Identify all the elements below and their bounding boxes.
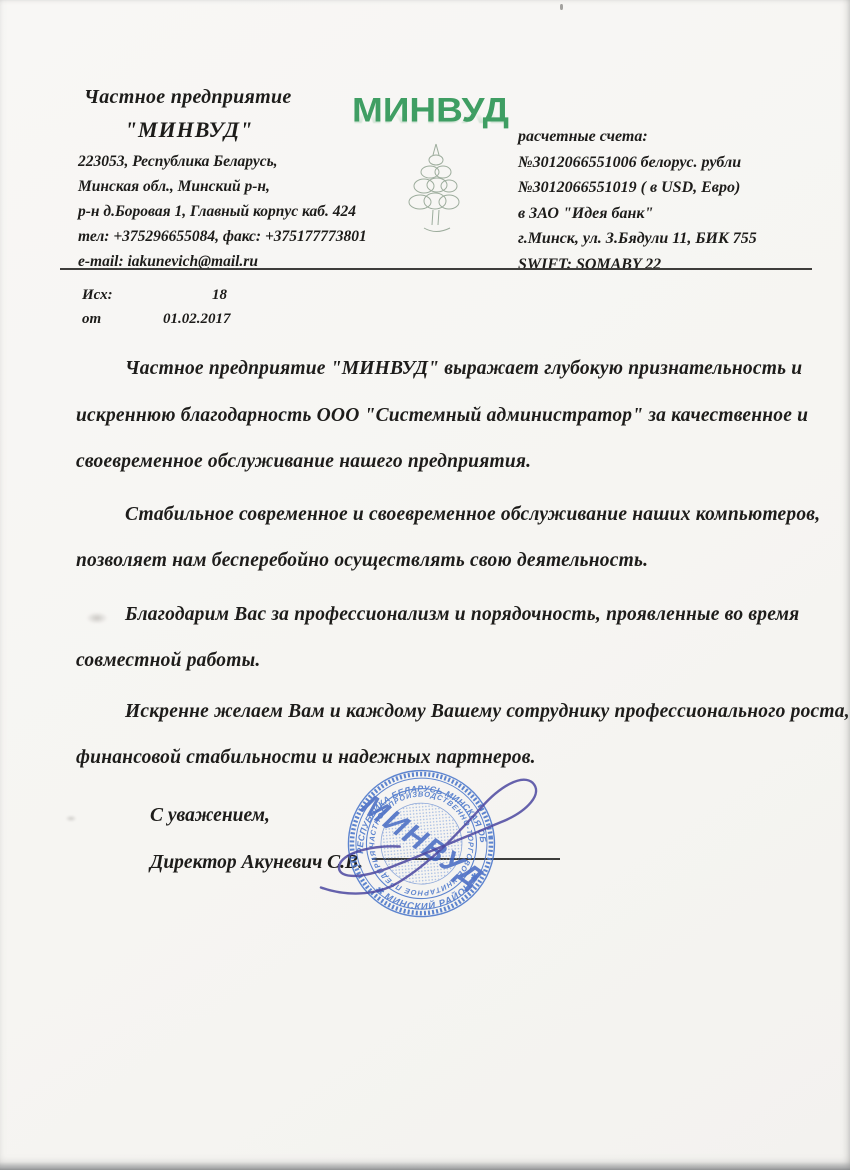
- letterhead-divider-line: [60, 268, 812, 270]
- company-logo: МИНВУД МИНВУД: [352, 95, 522, 144]
- paragraph: Благодарим Вас за профессионализм и поря…: [76, 592, 850, 685]
- spruce-tree-icon: [404, 141, 468, 243]
- address-line-phone-fax: тел: +375296655084, факс: +375177773801: [78, 224, 367, 249]
- outgoing-number: 18: [212, 287, 227, 303]
- letter-line: совместной работы.: [76, 638, 850, 685]
- company-type: Частное предприятие: [84, 86, 292, 109]
- address-line: Минская обл., Минский р-н,: [78, 174, 367, 199]
- logo-wordmark-reflection: МИНВУД: [352, 111, 522, 126]
- scan-speck: [560, 4, 563, 10]
- date-value: 01.02.2017: [163, 311, 231, 327]
- address-line-email: e-mail: iakunevich@mail.ru: [78, 249, 367, 274]
- company-address-block: 223053, Республика Беларусь, Минская обл…: [78, 149, 367, 274]
- paragraph: Частное предприятие "МИНВУД" выражает гл…: [76, 346, 850, 486]
- bank-details-block: расчетные счета: №3012066551006 белорус.…: [518, 124, 757, 278]
- letter-line: Стабильное современное и своевременное о…: [76, 492, 850, 539]
- letter-line: Благодарим Вас за профессионализм и поря…: [76, 592, 850, 639]
- letter-line: позволяет нам бесперебойно осуществлять …: [76, 538, 850, 585]
- letter-line: своевременное обслуживание нашего предпр…: [76, 439, 850, 486]
- bank-address-bik: г.Минск, ул. З.Бядули 11, БИК 755: [518, 226, 757, 252]
- letter-line: Искренне желаем Вам и каждому Вашему сот…: [76, 689, 850, 736]
- bank-swift: SWIFT: SOMABY 22: [518, 252, 757, 278]
- scanned-letter-page: Частное предприятие "МИНВУД" 223053, Рес…: [0, 0, 850, 1170]
- outgoing-label: Исх:: [82, 283, 212, 307]
- address-line: р-н д.Боровая 1, Главный корпус каб. 424: [78, 199, 367, 224]
- reference-block: Исх:18 от01.02.2017: [82, 283, 231, 331]
- bank-account-usd-eur: №3012066551019 ( в USD, Евро): [518, 175, 757, 201]
- scan-smudge: [63, 814, 79, 823]
- bank-account-byn: №3012066551006 белорус. рубли: [518, 150, 757, 176]
- letter-line: искреннюю благодарность ООО "Системный а…: [76, 393, 850, 440]
- scan-smudge: [82, 610, 112, 626]
- letter-body: Частное предприятие "МИНВУД" выражает гл…: [76, 346, 850, 782]
- address-line: 223053, Республика Беларусь,: [78, 149, 367, 174]
- date-label: от: [82, 307, 163, 331]
- company-name: "МИНВУД": [84, 117, 294, 143]
- paragraph: Стабильное современное и своевременное о…: [76, 492, 850, 585]
- bank-title: расчетные счета:: [518, 124, 757, 150]
- letter-line: Частное предприятие "МИНВУД" выражает гл…: [76, 346, 850, 393]
- company-stamp: РЕСПУБЛИКА БЕЛАРУСЬ МИНСКАЯ ОБЛАСТЬ ✱ МИ…: [293, 747, 588, 951]
- bank-name: в ЗАО "Идея банк": [518, 201, 757, 227]
